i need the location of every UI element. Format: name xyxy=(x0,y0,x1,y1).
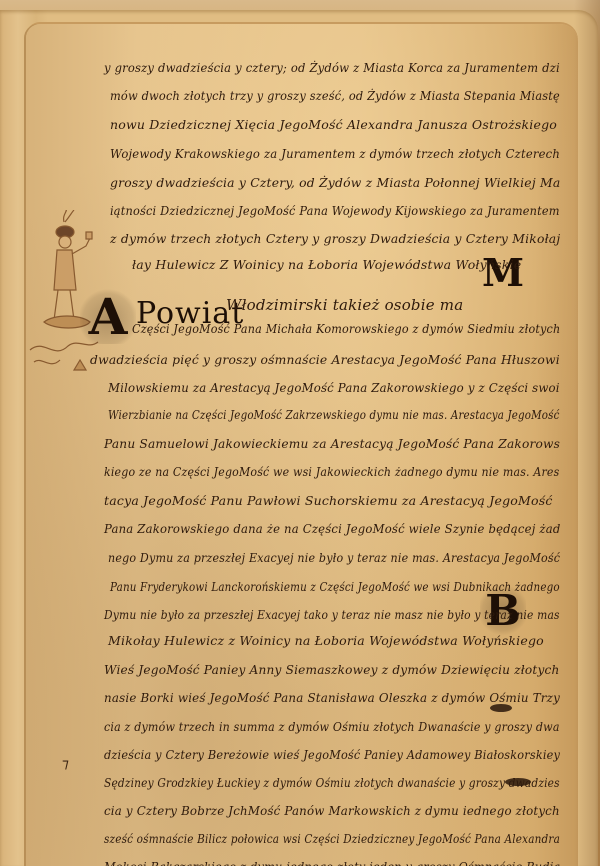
ink-blot xyxy=(490,704,512,712)
manuscript-line: groszy dwadzieścia y Cztery, od Żydów z … xyxy=(110,175,560,190)
manuscript-line: dzieścia y Cztery Bereżowie wieś JegoMoś… xyxy=(104,747,560,762)
spine-shadow xyxy=(574,0,600,866)
manuscript-line: dwadzieścia pięć y groszy ośmnaście Ares… xyxy=(90,352,560,367)
manuscript-line: mów dwoch złotych trzy y groszy sześć, o… xyxy=(110,88,560,103)
manuscript-line: Części JegoMość Pana Michała Komorowskie… xyxy=(132,321,560,336)
manuscript-line: Mokosi Bakczarskiego z dymu iednego złot… xyxy=(104,859,560,866)
margin-mark: ⁊ xyxy=(62,756,69,772)
manuscript-line: Wierzbianie na Części JegoMość Zakrzewsk… xyxy=(108,407,560,422)
manuscript-line: Dymu nie było za przeszłej Exacyej tako … xyxy=(104,607,560,622)
manuscript-line: kiego ze na Części JegoMość we wsi Jakow… xyxy=(104,464,559,479)
heading-continuation: Włodzimirski takież osobie ma xyxy=(226,296,463,314)
manuscript-line: sześć ośmnaście Bilicz połowica wsi Częś… xyxy=(104,831,560,846)
manuscript-line: z dymów trzech złotych Cztery y groszy D… xyxy=(110,231,560,246)
manuscript-line: Wojewody Krakowskiego za Juramentem z dy… xyxy=(110,146,560,161)
manuscript-line: cia y Cztery Bobrze JchMość Panów Markow… xyxy=(104,803,560,818)
manuscript-line: Wieś JegoMość Paniey Anny Siemaszkowey z… xyxy=(104,662,560,677)
manuscript-line: łay Hulewicz Z Woinicy na Łoboria Wojewó… xyxy=(132,257,521,272)
manuscript-line: y groszy dwadzieścia y cztery; od Żydów … xyxy=(104,60,560,75)
manuscript-line: tacya JegoMość Panu Pawłowi Suchorskiemu… xyxy=(104,493,553,508)
manuscript-line: Panu Fryderykowi Lanckorońskiemu z Częśc… xyxy=(110,579,560,594)
decorative-initial-m: M xyxy=(478,249,528,295)
manuscript-line: cia z dymów trzech in summa z dymów Ośmi… xyxy=(104,719,560,734)
manuscript-line: Pana Zakorowskiego dana że na Części Jeg… xyxy=(104,521,560,536)
manuscript-line: nego Dymu za przeszłej Exacyej nie było … xyxy=(108,550,560,565)
manuscript-line: Sędziney Grodzkiey Łuckiey z dymów Ośmiu… xyxy=(104,775,560,790)
manuscript-line: iątności Dziedzicznej JegoMość Pana Woje… xyxy=(110,203,560,218)
manuscript-line: Mikołay Hulewicz z Woinicy na Łoboria Wo… xyxy=(108,633,544,648)
decorative-initial-a: A xyxy=(80,288,136,344)
manuscript-line: Milowskiemu za Arestacyą JegoMość Pana Z… xyxy=(108,380,560,395)
manuscript-line: nasie Borki wieś JegoMość Pana Stanisław… xyxy=(104,690,560,705)
manuscript-line: nowu Dziedzicznej Xięcia JegoMość Alexan… xyxy=(110,117,557,132)
manuscript-line: Panu Samuelowi Jakowieckiemu za Arestacy… xyxy=(104,436,560,451)
